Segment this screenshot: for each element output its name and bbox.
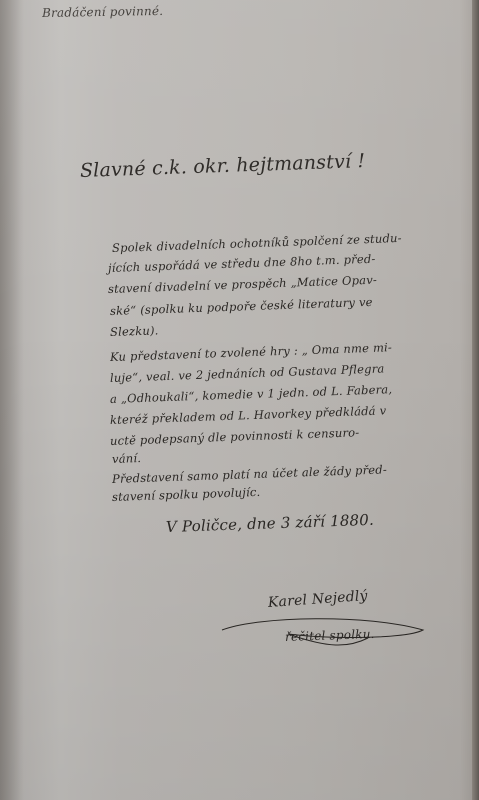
body-line: kteréž překladem od L. Havorkey předklád… bbox=[110, 403, 387, 427]
body-line: a „Odhoukali“, komedie v 1 jedn. od L. F… bbox=[110, 382, 393, 406]
body-line: stavení spolku povolujíc. bbox=[112, 485, 261, 504]
page-edge bbox=[472, 0, 479, 800]
body-line: luje“, veal. ve 2 jednáních od Gustava P… bbox=[110, 361, 385, 385]
salutation: Slavné c.k. okr. hejtmanství ! bbox=[80, 150, 366, 182]
top-note: Bradáčení povinné. bbox=[42, 4, 163, 20]
document-page: Bradáčení povinné. Slavné c.k. okr. hejt… bbox=[0, 0, 472, 800]
body-line: ské“ (spolku ku podpoře české literatury… bbox=[110, 295, 373, 318]
body-line: jících uspořádá ve středu dne 8ho t.m. p… bbox=[108, 252, 376, 275]
body-line: Slezku). bbox=[110, 323, 159, 339]
page-fold-shadow bbox=[0, 0, 24, 800]
body-line: Ku představení to zvolené hry : „ Oma nm… bbox=[110, 340, 392, 364]
body-line: vání. bbox=[112, 451, 142, 466]
body-line: stavení divadelní ve prospěch „Matice Op… bbox=[108, 273, 377, 296]
date-line: V Poličce, dne 3 září 1880. bbox=[166, 511, 375, 536]
body-line: Představení samo platí na účet ale žády … bbox=[112, 462, 387, 486]
body-line: uctě podepsaný dle povinnosti k censuro- bbox=[110, 425, 360, 448]
